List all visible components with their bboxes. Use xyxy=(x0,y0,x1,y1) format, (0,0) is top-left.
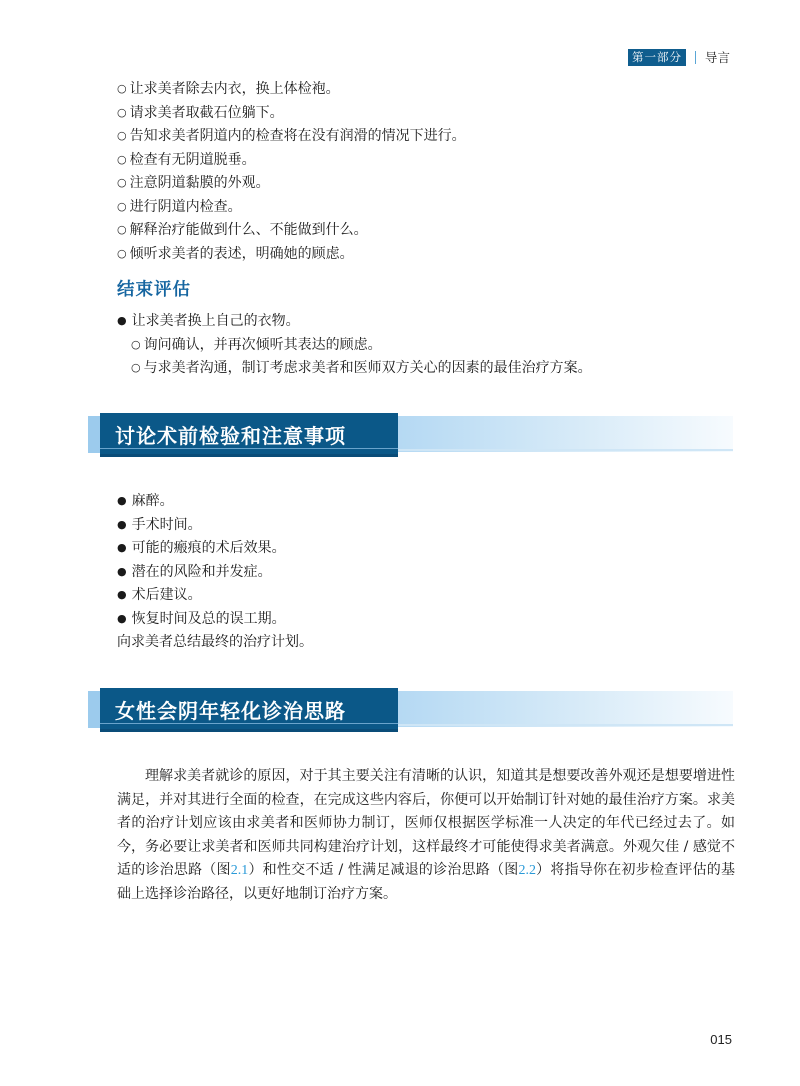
band-gradient xyxy=(398,416,733,452)
list-item: 让求美者除去内衣，换上体检袍。 xyxy=(117,78,466,102)
list-item: 与求美者沟通，制订考虑求美者和医师双方关心的因素的最佳治疗方案。 xyxy=(117,357,592,381)
band-left-accent xyxy=(88,416,100,453)
band-title-box: 女性会阴年轻化诊治思路 xyxy=(100,688,398,732)
list-item: 倾听求美者的表述，明确她的顾虑。 xyxy=(117,243,466,267)
running-head: 第一部分 导言 xyxy=(628,48,730,66)
band-gradient xyxy=(398,691,733,727)
section-header-preop: 讨论术前检验和注意事项 xyxy=(88,412,733,458)
list-item: 解释治疗能做到什么、不能做到什么。 xyxy=(117,219,466,243)
list-item: 让求美者换上自己的衣物。 xyxy=(117,310,592,334)
list-item: 潜在的风险和并发症。 xyxy=(117,561,286,585)
band-left-accent xyxy=(88,691,100,728)
list-item: 告知求美者阴道内的检查将在没有润滑的情况下进行。 xyxy=(117,125,466,149)
approach-paragraph: 理解求美者就诊的原因，对于其主要关注有清晰的认识，知道其是想要改善外观还是想要增… xyxy=(117,765,735,907)
part-tag: 第一部分 xyxy=(628,49,686,66)
section-header-approach: 女性会阴年轻化诊治思路 xyxy=(88,687,733,733)
para-text: ）和性交不适 / 性满足减退的诊治思路（图 xyxy=(248,862,518,878)
list-item: 检查有无阴道脱垂。 xyxy=(117,149,466,173)
chapter-label: 导言 xyxy=(705,48,730,66)
list-item: 可能的瘢痕的术后效果。 xyxy=(117,537,286,561)
preop-items-list: 麻醉。 手术时间。 可能的瘢痕的术后效果。 潜在的风险和并发症。 术后建议。 恢… xyxy=(117,490,286,631)
figure-ref-2-1[interactable]: 2.1 xyxy=(231,863,249,878)
preop-summary: 向求美者总结最终的治疗计划。 xyxy=(117,631,313,655)
figure-ref-2-2[interactable]: 2.2 xyxy=(518,863,536,878)
list-item: 注意阴道黏膜的外观。 xyxy=(117,172,466,196)
exam-steps-list: 让求美者除去内衣，换上体检袍。 请求美者取截石位躺下。 告知求美者阴道内的检查将… xyxy=(117,78,466,266)
closing-eval-heading: 结束评估 xyxy=(117,276,191,301)
list-item: 麻醉。 xyxy=(117,490,286,514)
list-item: 请求美者取截石位躺下。 xyxy=(117,102,466,126)
closing-eval-list: 让求美者换上自己的衣物。 询问确认，并再次倾听其表达的顾虑。 与求美者沟通，制订… xyxy=(117,310,592,381)
list-item: 询问确认，并再次倾听其表达的顾虑。 xyxy=(117,334,592,358)
section-title: 讨论术前检验和注意事项 xyxy=(115,420,346,449)
list-item: 手术时间。 xyxy=(117,514,286,538)
list-item: 术后建议。 xyxy=(117,584,286,608)
section-title: 女性会阴年轻化诊治思路 xyxy=(115,695,346,724)
list-item: 进行阴道内检查。 xyxy=(117,196,466,220)
band-title-box: 讨论术前检验和注意事项 xyxy=(100,413,398,457)
header-separator xyxy=(695,51,696,64)
list-item: 恢复时间及总的误工期。 xyxy=(117,608,286,632)
page-number: 015 xyxy=(710,1032,732,1047)
